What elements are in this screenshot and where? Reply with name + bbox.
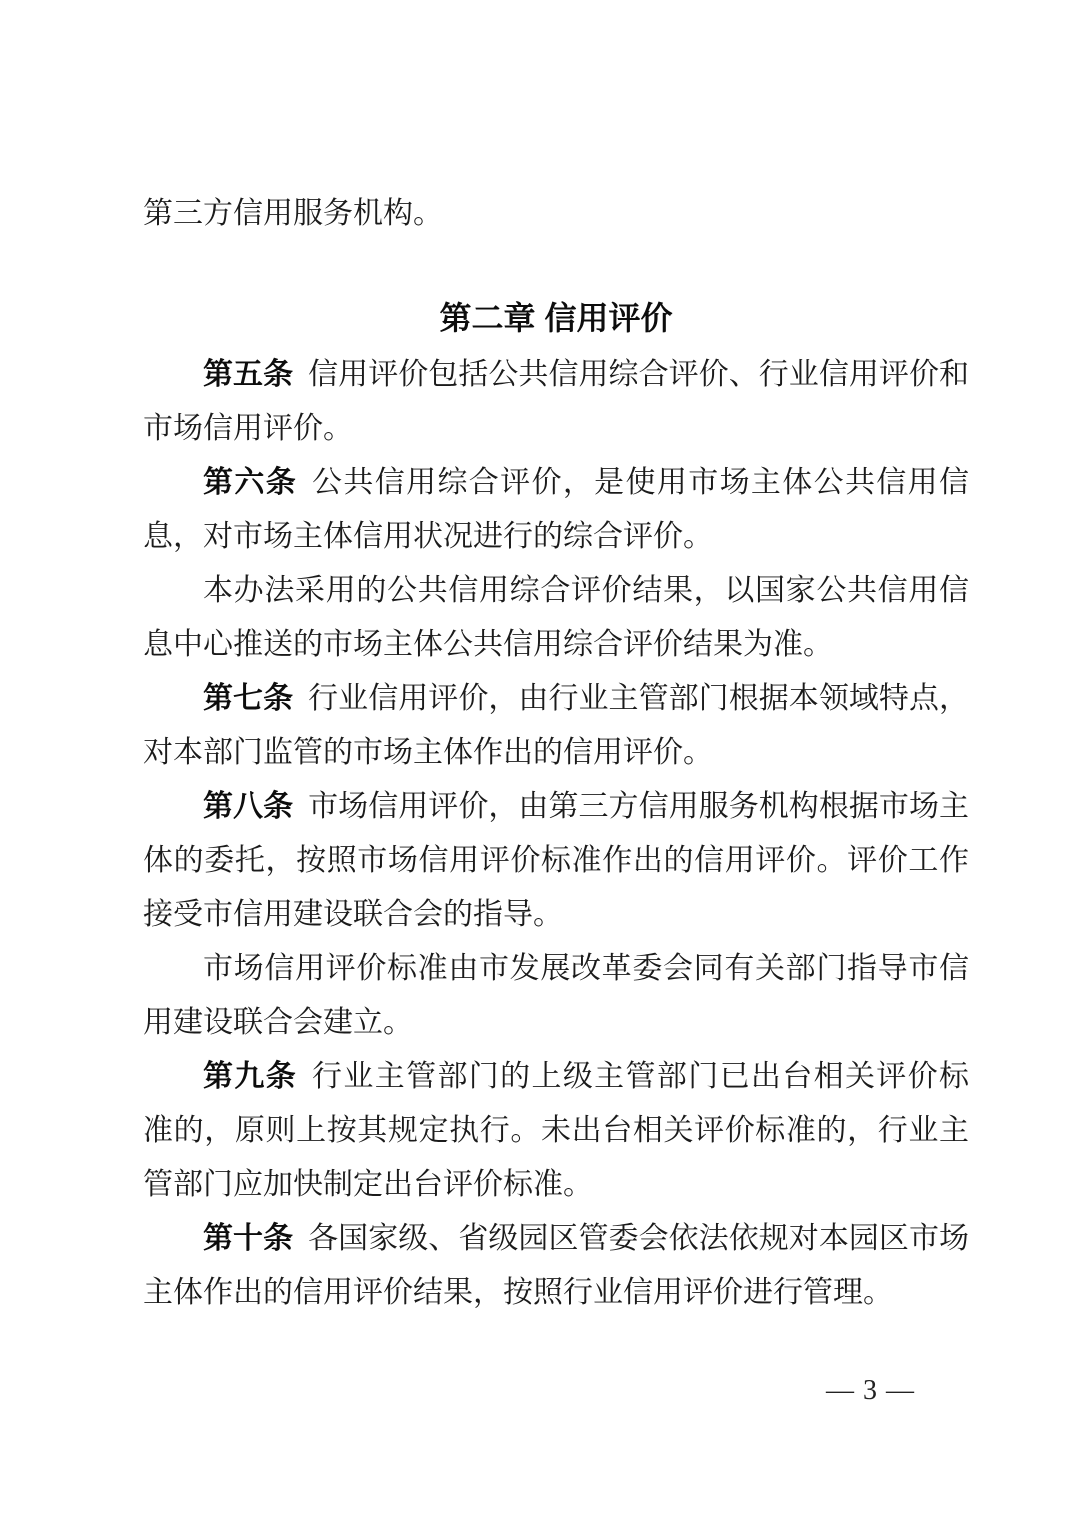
line-text: 用建设联合会建立。 <box>143 1006 413 1039</box>
line-text: 行业主管部门的上级主管部门已出台相关评价标 <box>312 1060 969 1093</box>
line-text: 管部门应加快制定出台评价标准。 <box>143 1168 593 1201</box>
continuation-line: 第三方信用服务机构。 <box>143 187 969 241</box>
text-line: 第六条公共信用综合评价，是使用市场主体公共信用信 <box>143 456 969 510</box>
page-content: 第三方信用服务机构。 第二章 信用评价 第五条信用评价包括公共信用综合评价、行业… <box>143 187 969 1320</box>
article-number-label: 第十条 <box>203 1222 293 1255</box>
article-paragraph: 第十条各国家级、省级园区管委会依法依规对本园区市场主体作出的信用评价结果，按照行… <box>143 1212 969 1320</box>
text-line: 息中心推送的市场主体公共信用综合评价结果为准。 <box>143 618 969 672</box>
line-text: 准的，原则上按其规定执行。未出台相关评价标准的，行业主 <box>143 1114 969 1147</box>
text-line: 市场信用评价。 <box>143 402 969 456</box>
article-paragraph: 第五条信用评价包括公共信用综合评价、行业信用评价和市场信用评价。 <box>143 348 969 456</box>
text-line: 接受市信用建设联合会的指导。 <box>143 888 969 942</box>
line-text: 本办法采用的公共信用综合评价结果，以国家公共信用信 <box>203 574 969 607</box>
text-line: 体的委托，按照市场信用评价标准作出的信用评价。评价工作 <box>143 834 969 888</box>
text-line: 管部门应加快制定出台评价标准。 <box>143 1158 969 1212</box>
line-text: 信用评价包括公共信用综合评价、行业信用评价和 <box>308 358 969 391</box>
line-text: 接受市信用建设联合会的指导。 <box>143 898 563 931</box>
line-text: 公共信用综合评价，是使用市场主体公共信用信 <box>312 466 969 499</box>
line-text: 各国家级、省级园区管委会依法依规对本园区市场 <box>308 1222 969 1255</box>
article-paragraph: 第七条行业信用评价，由行业主管部门根据本领域特点，对本部门监管的市场主体作出的信… <box>143 672 969 780</box>
document-page: 第三方信用服务机构。 第二章 信用评价 第五条信用评价包括公共信用综合评价、行业… <box>0 0 1075 1520</box>
line-text: 行业信用评价，由行业主管部门根据本领域特点， <box>308 682 969 715</box>
line-text: 对本部门监管的市场主体作出的信用评价。 <box>143 736 713 769</box>
text-line: 对本部门监管的市场主体作出的信用评价。 <box>143 726 969 780</box>
text-line: 息，对市场主体信用状况进行的综合评价。 <box>143 510 969 564</box>
line-text: 市场信用评价标准由市发展改革委会同有关部门指导市信 <box>203 952 969 985</box>
article-number-label: 第七条 <box>203 682 293 715</box>
line-text: 息中心推送的市场主体公共信用综合评价结果为准。 <box>143 628 833 661</box>
line-text: 主体作出的信用评价结果，按照行业信用评价进行管理。 <box>143 1276 893 1309</box>
page-number: — 3 — <box>826 1368 915 1414</box>
text-line: 第八条市场信用评价，由第三方信用服务机构根据市场主 <box>143 780 969 834</box>
line-text: 市场信用评价。 <box>143 412 353 445</box>
article-paragraph: 本办法采用的公共信用综合评价结果，以国家公共信用信息中心推送的市场主体公共信用综… <box>143 564 969 672</box>
line-text: 市场信用评价，由第三方信用服务机构根据市场主 <box>308 790 969 823</box>
article-paragraph: 市场信用评价标准由市发展改革委会同有关部门指导市信用建设联合会建立。 <box>143 942 969 1050</box>
article-paragraph: 第八条市场信用评价，由第三方信用服务机构根据市场主体的委托，按照市场信用评价标准… <box>143 780 969 942</box>
text-line: 第五条信用评价包括公共信用综合评价、行业信用评价和 <box>143 348 969 402</box>
text-line: 主体作出的信用评价结果，按照行业信用评价进行管理。 <box>143 1266 969 1320</box>
text-line: 第七条行业信用评价，由行业主管部门根据本领域特点， <box>143 672 969 726</box>
text-line: 用建设联合会建立。 <box>143 996 969 1050</box>
article-paragraph: 第九条行业主管部门的上级主管部门已出台相关评价标准的，原则上按其规定执行。未出台… <box>143 1050 969 1212</box>
line-text: 息，对市场主体信用状况进行的综合评价。 <box>143 520 713 553</box>
text-line: 本办法采用的公共信用综合评价结果，以国家公共信用信 <box>143 564 969 618</box>
article-number-label: 第八条 <box>203 790 293 823</box>
articles-container: 第五条信用评价包括公共信用综合评价、行业信用评价和市场信用评价。第六条公共信用综… <box>143 348 969 1320</box>
text-line: 第十条各国家级、省级园区管委会依法依规对本园区市场 <box>143 1212 969 1266</box>
article-number-label: 第五条 <box>203 358 293 391</box>
text-line: 市场信用评价标准由市发展改革委会同有关部门指导市信 <box>143 942 969 996</box>
article-number-label: 第六条 <box>203 466 297 499</box>
article-number-label: 第九条 <box>203 1060 297 1093</box>
article-paragraph: 第六条公共信用综合评价，是使用市场主体公共信用信息，对市场主体信用状况进行的综合… <box>143 456 969 564</box>
chapter-heading: 第二章 信用评价 <box>143 291 969 345</box>
text-line: 准的，原则上按其规定执行。未出台相关评价标准的，行业主 <box>143 1104 969 1158</box>
text-line: 第九条行业主管部门的上级主管部门已出台相关评价标 <box>143 1050 969 1104</box>
line-text: 体的委托，按照市场信用评价标准作出的信用评价。评价工作 <box>143 844 969 877</box>
